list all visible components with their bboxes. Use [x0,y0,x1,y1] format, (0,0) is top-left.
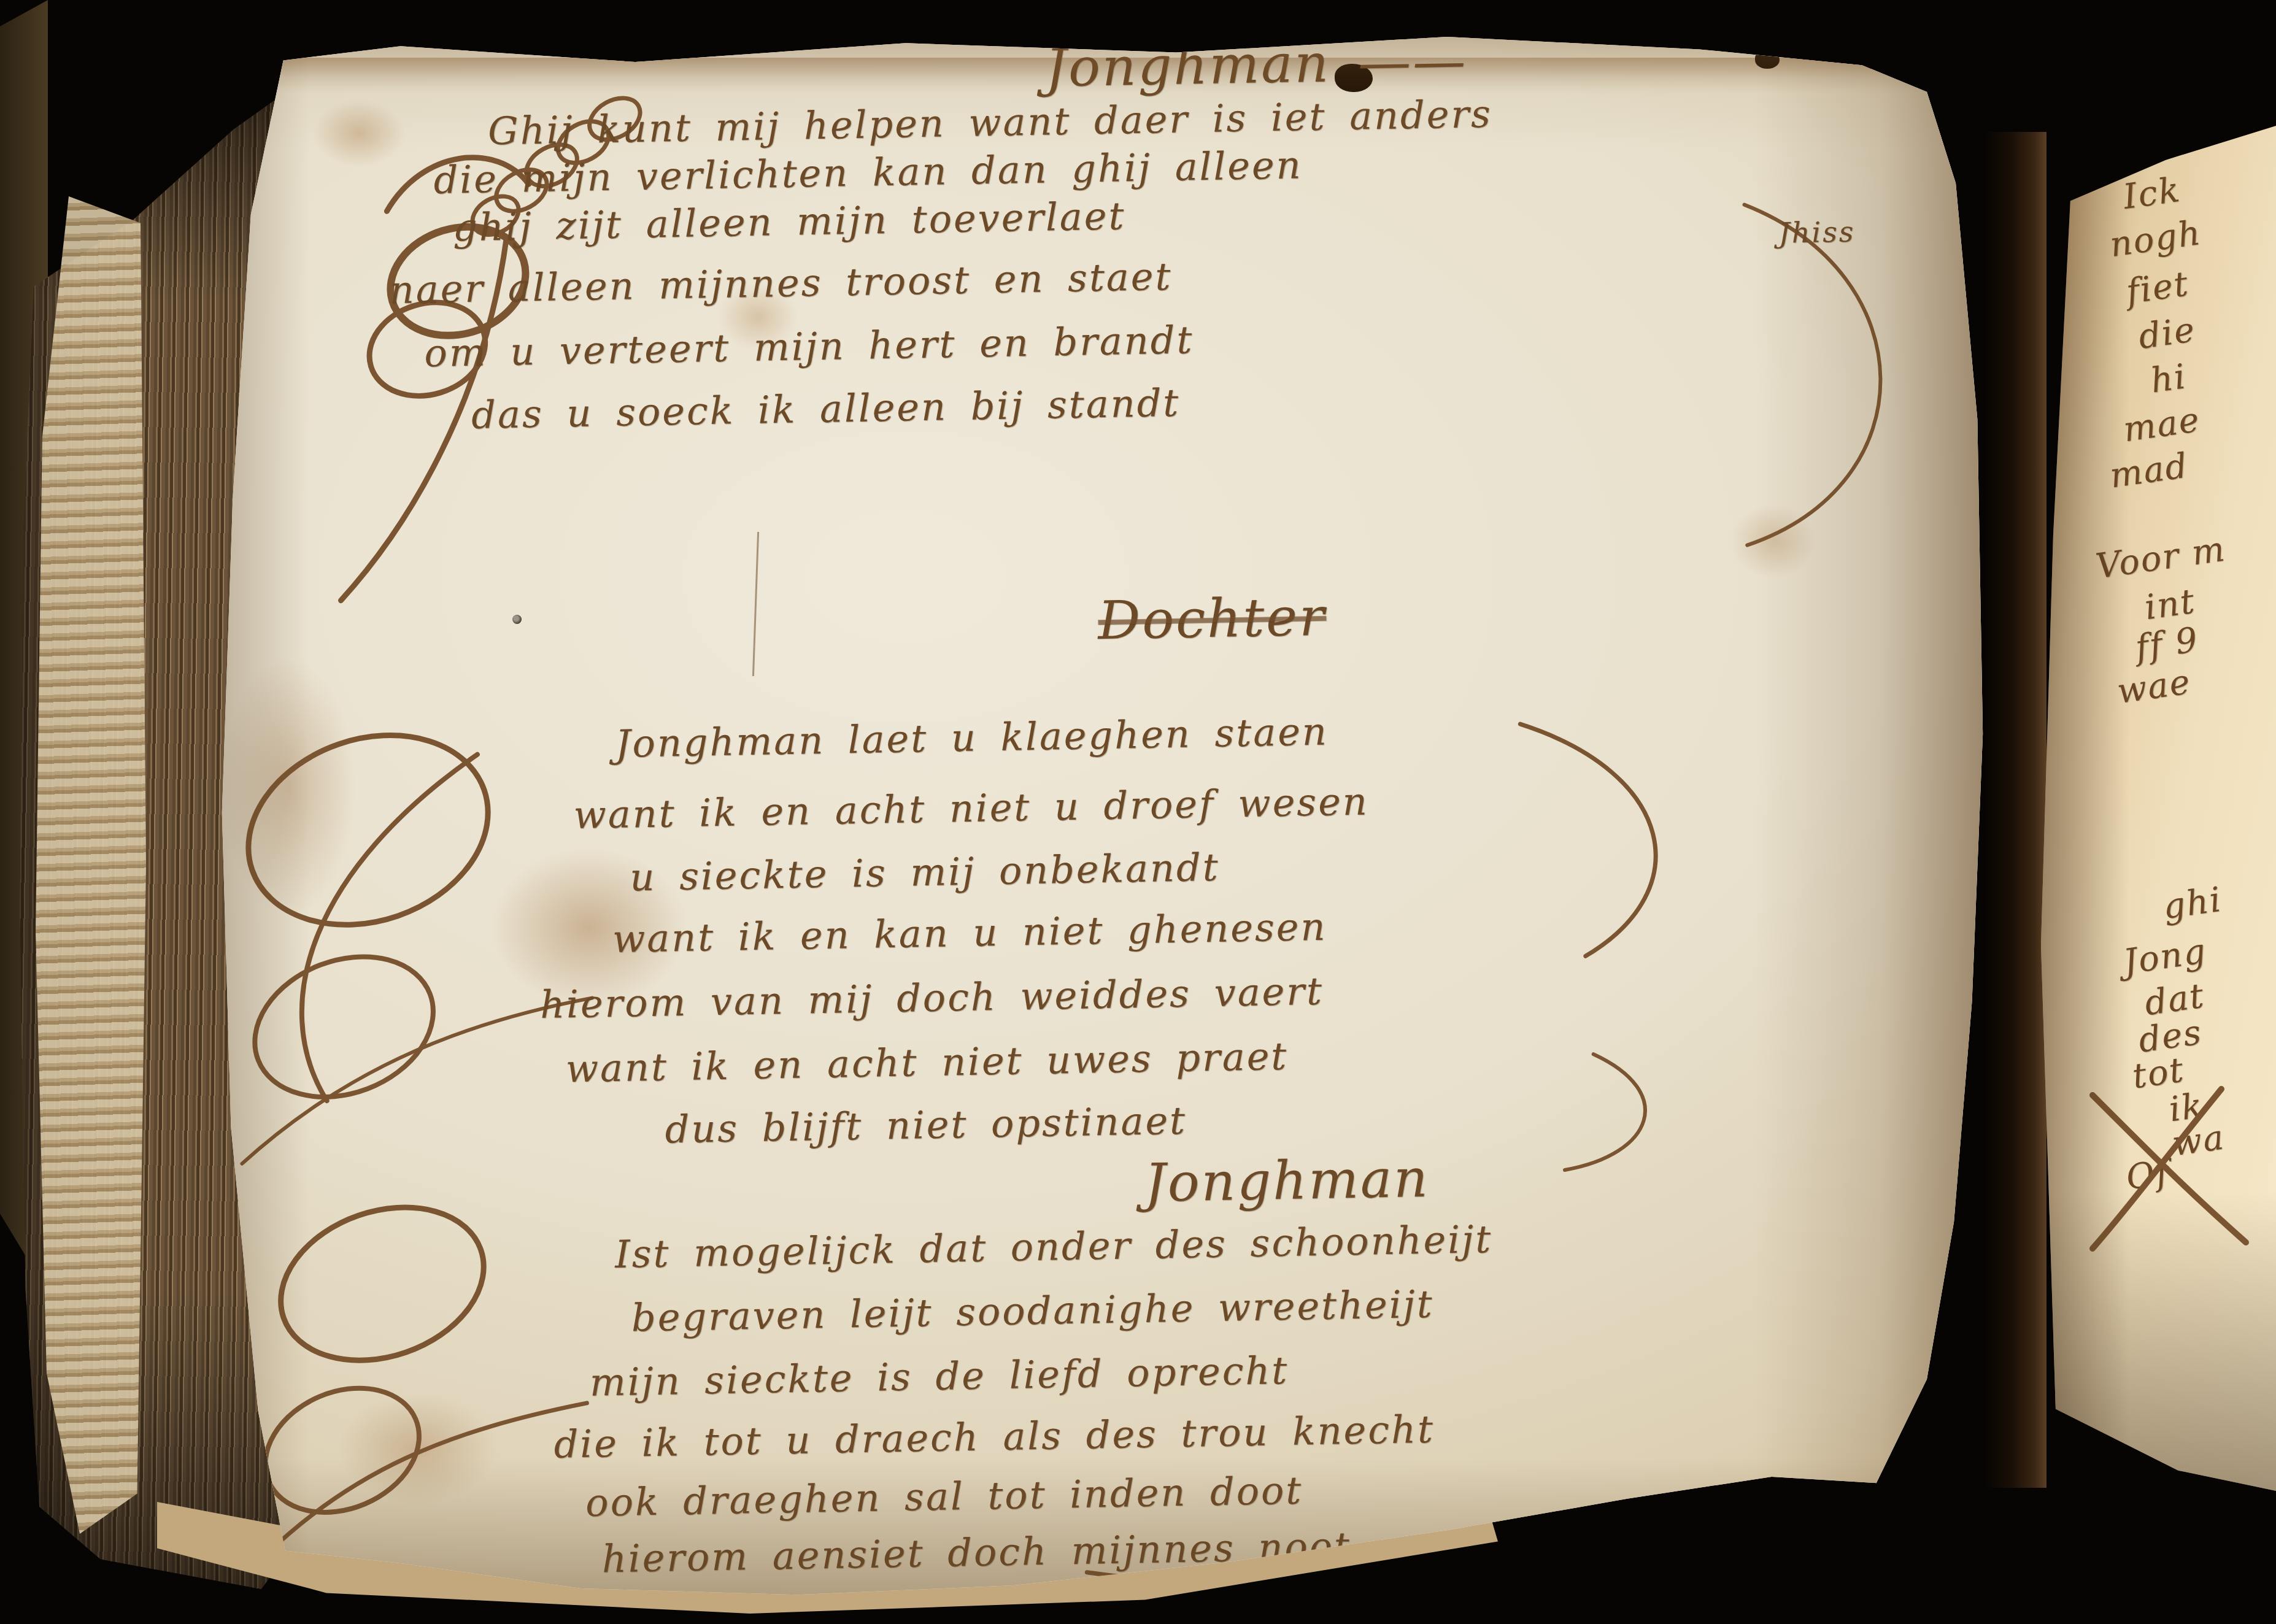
photo-open-manuscript-book: Jonghman —— Ghij kunt mij helpen want da… [0,0,2276,1624]
curled-leaf-edges [36,196,146,1534]
line-fragment: Jong [2121,931,2209,982]
verse-line: ook draeghen sal tot inden doot [585,1468,1303,1525]
verse-line: Ist mogelijck dat onder des schoonheijt [615,1217,1493,1277]
verse-line: u sieckte is mij onbekandt [630,845,1220,900]
left-manuscript-page: Jonghman —— Ghij kunt mij helpen want da… [184,26,1988,1599]
handwritten-text-block: Jonghman —— Ghij kunt mij helpen want da… [171,10,2002,1615]
verse-line: begraven leijt soodanighe wreetheijt [631,1282,1434,1341]
verse-line: want ik en kan u niet ghenesen [612,904,1327,961]
verse-line: die ik tot u draech als des trou knecht [554,1407,1435,1467]
line-fragment: fiet [2124,264,2191,312]
speaker-heading-dochter: Dochter [1097,587,1327,652]
verse-line: dus blijft niet opstinaet [665,1098,1187,1152]
verse-line: want ik en acht niet uwes praet [565,1034,1289,1091]
verse-line: want ik en acht niet u droef wesen [573,779,1369,837]
line-fragment: ghi [2161,880,2224,928]
verse-line: Jonghman laet u klaeghen staen [615,709,1329,766]
speaker-heading-jonghman-2: Jonghman [1144,1148,1430,1214]
line-fragment: mad [2107,445,2191,496]
line-fragment: nogh [2107,213,2204,265]
verse-line: hierom van mij doch weiddes vaert [539,969,1324,1027]
right-manuscript-page: Ick nogh fiet die hi mae mad Voor m int … [2031,126,2276,1491]
line-fragment: mae [2121,400,2202,450]
calligraphic-flourish-ornament [182,678,669,1189]
verse-line: Ghij kunt mij helpen want daer is iet an… [488,91,1493,154]
verse-line: ghij zijt alleen mijn toeverlaet [452,193,1126,250]
inserted-margin-word: Jhiss [1778,215,1856,250]
verse-line: das u soeck ik alleen bij standt [471,380,1181,437]
book-gutter-shadow [1985,132,2046,1488]
line-fragment: die [2136,310,2198,357]
verse-line: om u verteert mijn hert en brandt [424,317,1194,375]
line-fragment: ff 9 [2133,620,2201,668]
verse-line: naer alleen mijnnes troost en staet [389,254,1173,312]
verse-line: mijn sieckte is de liefd oprecht [589,1348,1289,1405]
line-fragment: wa [2170,1117,2228,1164]
line-fragment: wae [2115,662,2193,712]
line-fragment: Ick [2121,170,2183,217]
speaker-heading-jonghman-1: Jonghman —— [1045,31,1468,99]
line-fragment: Of [2124,1152,2172,1198]
line-fragment: Voor m [2094,529,2228,587]
line-fragment: hi [2148,356,2189,401]
